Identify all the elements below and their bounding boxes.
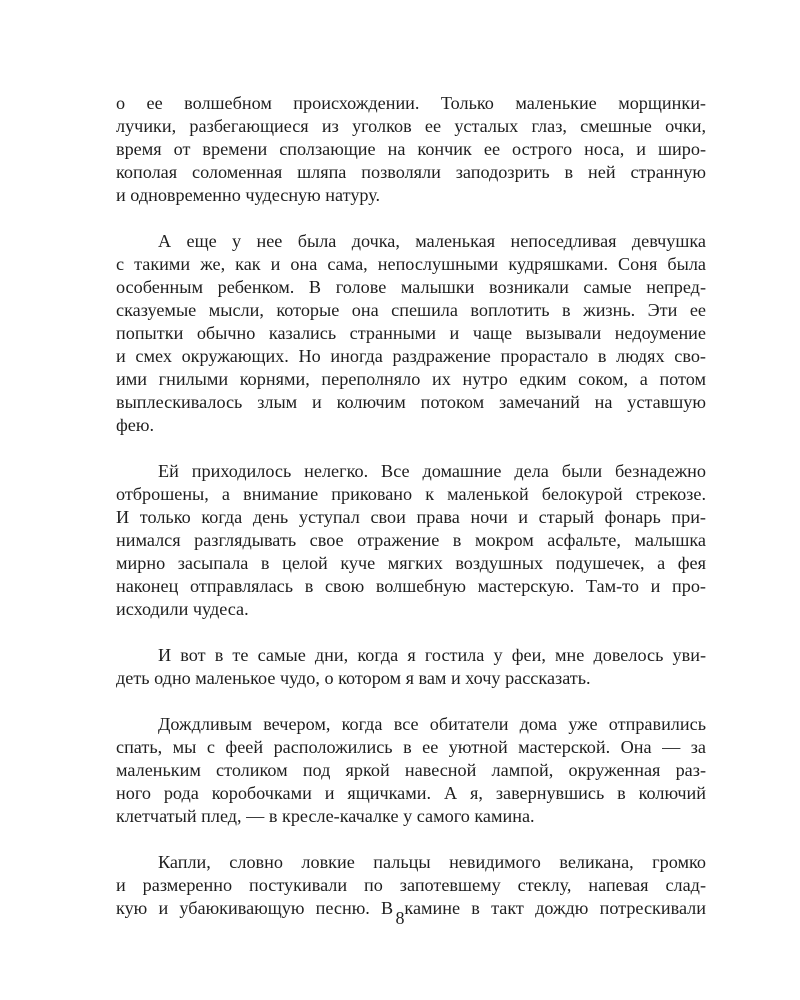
- text-line: Капли, словно ловкие пальцы невидимого в…: [116, 851, 706, 874]
- text-line: время от времени сползающие на кончик ее…: [116, 138, 706, 161]
- text-line: попытки обычно казались странными и чаще…: [116, 322, 706, 345]
- text-line: кополая соломенная шляпа позволяли запод…: [116, 161, 706, 184]
- text-line: лучики, разбегающиеся из уголков ее уста…: [116, 115, 706, 138]
- paragraph-3: Ей приходилось нелегко. Все домашние дел…: [116, 460, 706, 621]
- text-line: Ей приходилось нелегко. Все домашние дел…: [116, 460, 706, 483]
- text-line: выплескивалось злым и колючим потоком за…: [116, 391, 706, 414]
- text-line: ими гнилыми корнями, переполняло их нутр…: [116, 368, 706, 391]
- paragraph-2: А еще у нее была дочка, маленькая непосе…: [116, 230, 706, 437]
- text-line: И только когда день уступал свои права н…: [116, 506, 706, 529]
- text-line: мирно засыпала в целой куче мягких возду…: [116, 552, 706, 575]
- text-line: спать, мы с феей расположились в ее уютн…: [116, 736, 706, 759]
- paragraph-4: И вот в те самые дни, когда я гостила у …: [116, 644, 706, 690]
- text-line: фею.: [116, 414, 706, 437]
- text-line: отброшены, а внимание приковано к малень…: [116, 483, 706, 506]
- text-line: маленьким столиком под яркой навесной ла…: [116, 759, 706, 782]
- text-line: и размеренно постукивали по запотевшему …: [116, 874, 706, 897]
- text-line: клетчатый плед, — в кресле-качалке у сам…: [116, 805, 706, 828]
- text-line: нимался разглядывать свое отражение в мо…: [116, 529, 706, 552]
- text-line: А еще у нее была дочка, маленькая непосе…: [116, 230, 706, 253]
- text-line: Дождливым вечером, когда все обитатели д…: [116, 713, 706, 736]
- text-line: о ее волшебном происхождении. Только мал…: [116, 92, 706, 115]
- text-line: наконец отправлялась в свою волшебную ма…: [116, 575, 706, 598]
- paragraph-5: Дождливым вечером, когда все обитатели д…: [116, 713, 706, 828]
- text-line: сказуемые мысли, которые она спешила воп…: [116, 299, 706, 322]
- page-number: 8: [0, 908, 800, 929]
- text-line: ного рода коробочками и ящичками. А я, з…: [116, 782, 706, 805]
- text-line: особенным ребенком. В голове малышки воз…: [116, 276, 706, 299]
- text-line: деть одно маленькое чудо, о котором я ва…: [116, 667, 706, 690]
- paragraph-1: о ее волшебном происхождении. Только мал…: [116, 92, 706, 207]
- text-line: и одновременно чудесную натуру.: [116, 184, 706, 207]
- text-line: исходили чудеса.: [116, 598, 706, 621]
- text-line: с такими же, как и она сама, непослушным…: [116, 253, 706, 276]
- page-body: о ее волшебном происхождении. Только мал…: [116, 92, 706, 943]
- text-line: и смех окружающих. Но иногда раздражение…: [116, 345, 706, 368]
- text-line: И вот в те самые дни, когда я гостила у …: [116, 644, 706, 667]
